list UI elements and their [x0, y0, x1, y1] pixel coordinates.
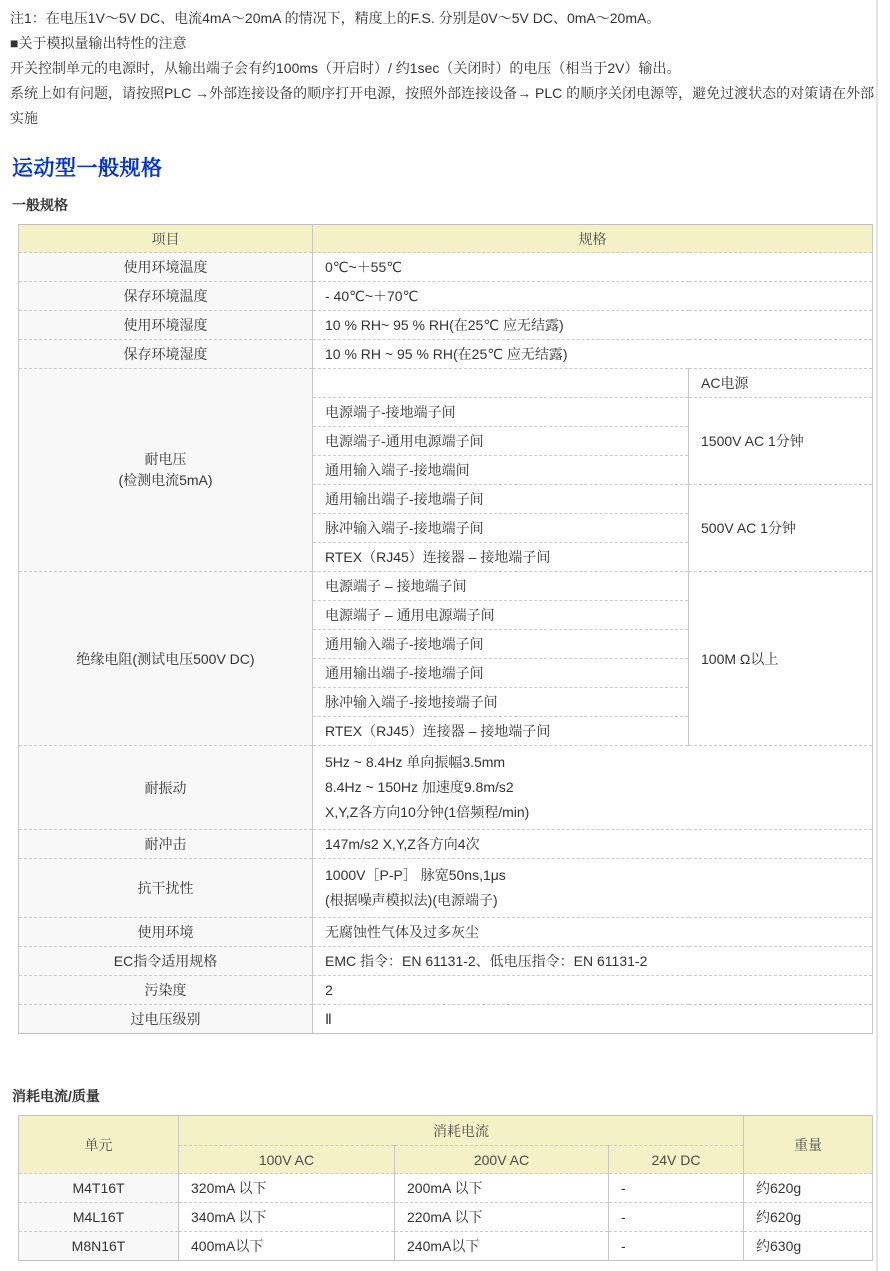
column-header-unit: 单元	[19, 1116, 179, 1174]
row-label: 耐冲击	[19, 830, 313, 859]
withstand-voltage-label: 耐电压 (检测电流5mA)	[19, 369, 313, 572]
column-header-spec: 规格	[313, 225, 873, 253]
withstand-item: 通用输出端子-接地端子间	[313, 485, 689, 514]
row-value: 0℃~＋55℃	[313, 253, 873, 282]
row-value: Ⅱ	[313, 1005, 873, 1034]
noise-line: 1000V［P-P］ 脉宽50ns,1μs	[325, 863, 860, 888]
table-row: 使用环境 无腐蚀性气体及过多灰尘	[19, 918, 873, 947]
table-row: M4L16T 340mA 以下 220mA 以下 - 约620g	[19, 1203, 873, 1232]
current-200vac: 200mA 以下	[395, 1174, 609, 1203]
column-header-200vac: 200V AC	[395, 1146, 609, 1174]
unit-name: M4T16T	[19, 1174, 179, 1203]
current-100vac: 400mA以下	[179, 1232, 395, 1261]
note-line: 注1：在电压1V～5V DC、电流4mA～20mA 的情况下，精度上的F.S. …	[10, 6, 880, 31]
row-label: EC指令适用规格	[19, 947, 313, 976]
withstand-group2-value: 500V AC 1分钟	[689, 485, 873, 572]
row-label: 保存环境湿度	[19, 340, 313, 369]
table-row: 耐电压 (检测电流5mA) AC电源	[19, 369, 873, 398]
insulation-item: 通用输入端子-接地端子间	[313, 630, 689, 659]
table-row: 使用环境湿度 10 % RH~ 95 % RH(在25℃ 应无结露)	[19, 311, 873, 340]
row-label: 使用环境湿度	[19, 311, 313, 340]
row-label: 抗干扰性	[19, 859, 313, 918]
row-label: 保存环境温度	[19, 282, 313, 311]
current-200vac: 220mA 以下	[395, 1203, 609, 1232]
current-200vac: 240mA以下	[395, 1232, 609, 1261]
row-value: - 40℃~＋70℃	[313, 282, 873, 311]
table-row: 污染度 2	[19, 976, 873, 1005]
unit-weight: 约620g	[744, 1203, 873, 1232]
insulation-item: 电源端子 – 接地端子间	[313, 572, 689, 601]
current-24vdc: -	[609, 1203, 744, 1232]
column-header-24vdc: 24V DC	[609, 1146, 744, 1174]
current-24vdc: -	[609, 1174, 744, 1203]
current-24vdc: -	[609, 1232, 744, 1261]
note-line: 系统上如有问题，请按照PLC →外部连接设备的顺序打开电源，按照外部连接设备→ …	[10, 81, 880, 131]
general-spec-table: 项目 规格 使用环境温度 0℃~＋55℃ 保存环境温度 - 40℃~＋70℃ 使…	[18, 224, 873, 1034]
insulation-item: 电源端子 – 通用电源端子间	[313, 601, 689, 630]
page-right-divider	[876, 0, 878, 1271]
current-100vac: 320mA 以下	[179, 1174, 395, 1203]
current-100vac: 340mA 以下	[179, 1203, 395, 1232]
note-line: ■关于模拟量输出特性的注意	[10, 31, 880, 56]
withstand-item: 通用输入端子-接地端间	[313, 456, 689, 485]
vibration-line: 5Hz ~ 8.4Hz 单向振幅3.5mm	[325, 750, 860, 775]
withstand-item: 脉冲输入端子-接地端子间	[313, 514, 689, 543]
withstand-group1-value: 1500V AC 1分钟	[689, 398, 873, 485]
row-value: 10 % RH~ 95 % RH(在25℃ 应无结露)	[313, 311, 873, 340]
row-value: 147m/s2 X,Y,Z各方向4次	[313, 830, 873, 859]
table-row: 保存环境湿度 10 % RH ~ 95 % RH(在25℃ 应无结露)	[19, 340, 873, 369]
row-label: 使用环境	[19, 918, 313, 947]
column-header-weight: 重量	[744, 1116, 873, 1174]
table-row: 耐振动 5Hz ~ 8.4Hz 单向振幅3.5mm 8.4Hz ~ 150Hz …	[19, 746, 873, 830]
withstand-item: 电源端子-通用电源端子间	[313, 427, 689, 456]
note-line: 开关控制单元的电源时，从输出端子会有约100ms（开启时）/ 约1sec（关闭时…	[10, 56, 880, 81]
vibration-line: X,Y,Z各方向10分钟(1倍频程/min)	[325, 800, 860, 825]
column-header-100vac: 100V AC	[179, 1146, 395, 1174]
withstand-voltage-label-line2: (检测电流5mA)	[27, 470, 304, 491]
page-content: 注1：在电压1V～5V DC、电流4mA～20mA 的情况下，精度上的F.S. …	[0, 0, 890, 1261]
withstand-item: RTEX（RJ45）连接器 – 接地端子间	[313, 543, 689, 572]
row-value: EMC 指令：EN 61131-2、低电压指令：EN 61131-2	[313, 947, 873, 976]
insulation-item: RTEX（RJ45）连接器 – 接地端子间	[313, 717, 689, 746]
insulation-item: 通用输出端子-接地端子间	[313, 659, 689, 688]
withstand-empty-cell	[313, 369, 689, 398]
vibration-value: 5Hz ~ 8.4Hz 单向振幅3.5mm 8.4Hz ~ 150Hz 加速度9…	[313, 746, 873, 830]
table-row: 使用环境温度 0℃~＋55℃	[19, 253, 873, 282]
withstand-item: 电源端子-接地端子间	[313, 398, 689, 427]
table-row: M8N16T 400mA以下 240mA以下 - 约630g	[19, 1232, 873, 1261]
row-label: 污染度	[19, 976, 313, 1005]
table-row: 绝缘电阻(测试电压500V DC) 电源端子 – 接地端子间 100M Ω以上	[19, 572, 873, 601]
table-row: EC指令适用规格 EMC 指令：EN 61131-2、低电压指令：EN 6113…	[19, 947, 873, 976]
vibration-line: 8.4Hz ~ 150Hz 加速度9.8m/s2	[325, 775, 860, 800]
noise-line: (根据噪声模拟法)(电源端子)	[325, 888, 860, 913]
table-header-row: 项目 规格	[19, 225, 873, 253]
table-row: 耐冲击 147m/s2 X,Y,Z各方向4次	[19, 830, 873, 859]
consumption-table: 单元 消耗电流 重量 100V AC 200V AC 24V DC M4T16T…	[18, 1115, 873, 1261]
unit-weight: 约620g	[744, 1174, 873, 1203]
row-value: 无腐蚀性气体及过多灰尘	[313, 918, 873, 947]
column-header-item: 项目	[19, 225, 313, 253]
table-row: 抗干扰性 1000V［P-P］ 脉宽50ns,1μs (根据噪声模拟法)(电源端…	[19, 859, 873, 918]
column-header-current-group: 消耗电流	[179, 1116, 744, 1146]
insulation-item: 脉冲输入端子-接地接端子间	[313, 688, 689, 717]
insulation-value: 100M Ω以上	[689, 572, 873, 746]
unit-name: M4L16T	[19, 1203, 179, 1232]
row-label: 使用环境温度	[19, 253, 313, 282]
unit-weight: 约630g	[744, 1232, 873, 1261]
withstand-power-type: AC电源	[689, 369, 873, 398]
notes-block: 注1：在电压1V～5V DC、电流4mA～20mA 的情况下，精度上的F.S. …	[10, 6, 880, 131]
consumption-subtitle: 消耗电流/质量	[12, 1086, 880, 1106]
table-row: 过电压级别 Ⅱ	[19, 1005, 873, 1034]
row-value: 2	[313, 976, 873, 1005]
unit-name: M8N16T	[19, 1232, 179, 1261]
row-label: 耐振动	[19, 746, 313, 830]
row-label: 过电压级别	[19, 1005, 313, 1034]
section-title: 运动型一般规格	[12, 152, 880, 182]
noise-value: 1000V［P-P］ 脉宽50ns,1μs (根据噪声模拟法)(电源端子)	[313, 859, 873, 918]
table-header-row: 单元 消耗电流 重量	[19, 1116, 873, 1146]
spacer	[10, 1034, 880, 1086]
insulation-resistance-label: 绝缘电阻(测试电压500V DC)	[19, 572, 313, 746]
general-spec-subtitle: 一般规格	[12, 195, 880, 215]
table-row: 保存环境温度 - 40℃~＋70℃	[19, 282, 873, 311]
row-value: 10 % RH ~ 95 % RH(在25℃ 应无结露)	[313, 340, 873, 369]
table-row: M4T16T 320mA 以下 200mA 以下 - 约620g	[19, 1174, 873, 1203]
withstand-voltage-label-line1: 耐电压	[27, 449, 304, 470]
